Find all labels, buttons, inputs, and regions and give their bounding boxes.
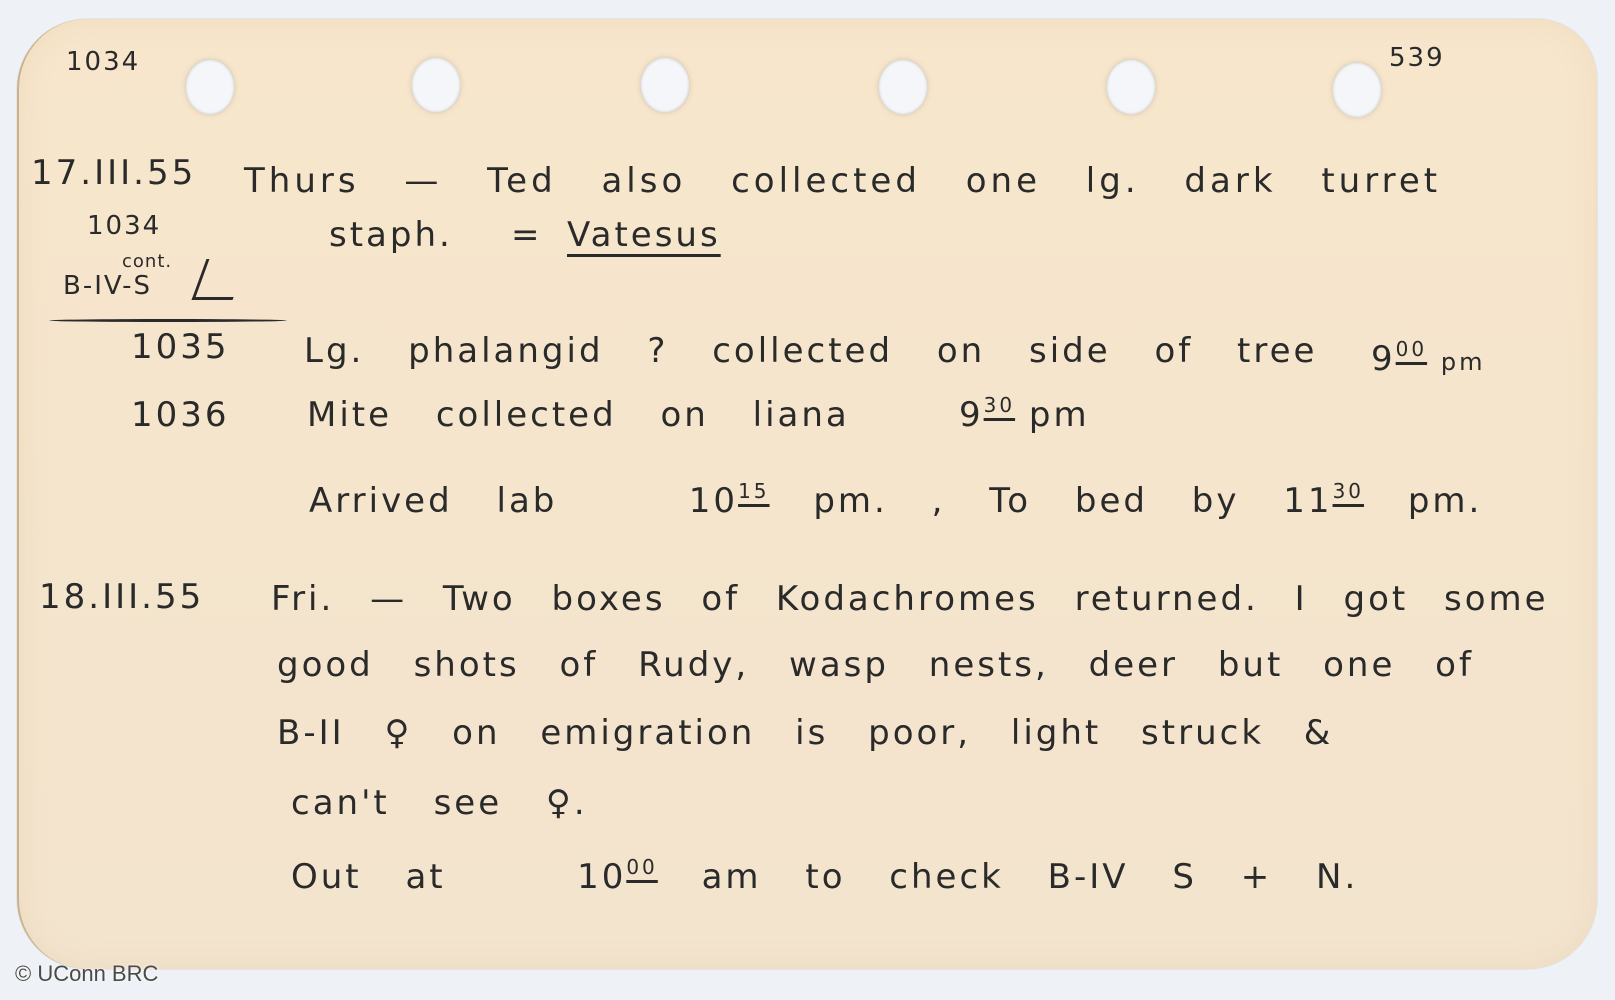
corner-number-right: 539 <box>1389 43 1445 73</box>
entry-line: can't see ♀. <box>291 783 588 823</box>
time-suffix: pm <box>1441 348 1486 376</box>
time-minutes: 00 <box>626 855 657 879</box>
bedtime-text: To bed by <box>989 481 1239 521</box>
entry-line: Out at 1000 am to check B-IV S + N. <box>291 855 1358 897</box>
entry-line: Fri. — Two boxes of Kodachromes returned… <box>271 579 1549 619</box>
time-hour: 11 <box>1283 481 1332 521</box>
corner-number-left: 1034 <box>66 47 140 77</box>
time-hour: 10 <box>577 857 626 897</box>
entry-date: 18.III.55 <box>39 577 204 617</box>
specimen-description: Mite collected on liana <box>307 395 850 435</box>
time-minutes: 30 <box>984 393 1015 417</box>
equals-sign: = <box>511 215 543 255</box>
punch-hole <box>1106 59 1156 115</box>
time-hour: 9 <box>959 395 984 435</box>
specimen-number: 1035 <box>131 327 230 367</box>
time-minutes: 30 <box>1333 479 1364 503</box>
specimen-time: 930 pm <box>959 393 1090 435</box>
punch-hole <box>1332 62 1382 118</box>
margin-number: 1034 <box>87 211 161 241</box>
time-minutes: 15 <box>738 479 769 503</box>
punch-hole <box>878 59 928 115</box>
specimen-description: Lg. phalangid ? collected on side of tre… <box>304 331 1317 371</box>
punch-hole <box>411 57 461 113</box>
margin-superscript: cont. <box>122 251 172 272</box>
time-minutes: 00 <box>1396 337 1427 361</box>
specimen-text: Lg. phalangid ? collected on side of tre… <box>304 331 1317 371</box>
genus-name: Vatesus <box>567 215 721 255</box>
entry-line: Thurs — Ted also collected one lg. dark … <box>244 161 1441 201</box>
time-suffix: pm. <box>813 481 888 521</box>
line-text: Out at <box>291 857 446 897</box>
margin-label: B-IV-S <box>63 271 152 301</box>
scan-viewer: 1034 539 17.III.55 Thurs — Ted also coll… <box>0 0 1615 1000</box>
separator: , <box>932 481 946 521</box>
punch-hole <box>185 59 235 115</box>
line-text: am to check B-IV S + N. <box>702 857 1359 897</box>
specimen-number: 1036 <box>131 395 230 435</box>
entry-line: good shots of Rudy, wasp nests, deer but… <box>277 645 1474 685</box>
arrival-line: Arrived lab 1015 pm. , To bed by 1130 pm… <box>309 479 1482 521</box>
bracket-mark-icon <box>192 259 248 300</box>
entry-line: B-II ♀ on emigration is poor, light stru… <box>277 713 1333 753</box>
time-suffix: pm. <box>1408 481 1483 521</box>
arrival-text: Arrived lab <box>309 481 557 521</box>
specimen-time: 900 pm <box>1371 337 1486 379</box>
entry-date: 17.III.55 <box>31 153 196 193</box>
entry-line: staph. <box>329 215 453 255</box>
time-suffix: pm <box>1029 395 1090 435</box>
time-hour: 10 <box>689 481 738 521</box>
copyright-credit: © UConn BRC <box>15 961 158 987</box>
punch-hole <box>640 57 690 113</box>
specimen-text: Mite collected on liana <box>307 395 850 435</box>
divider-line <box>49 319 287 322</box>
time-hour: 9 <box>1371 339 1396 379</box>
notebook-card: 1034 539 17.III.55 Thurs — Ted also coll… <box>17 19 1597 969</box>
